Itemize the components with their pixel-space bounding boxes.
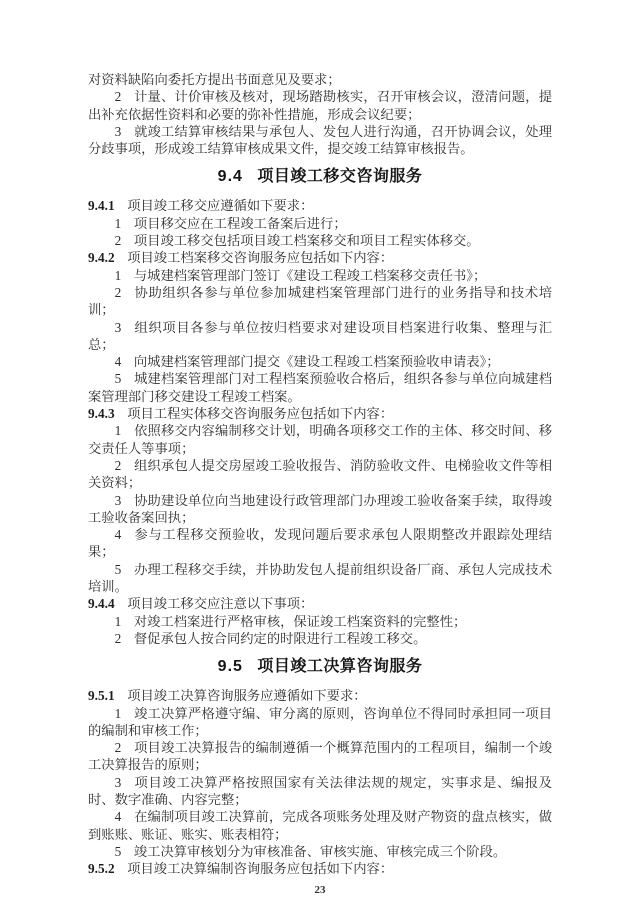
clause-paragraph: 9.5.2项目竣工决算编制咨询服务应包括如下内容： xyxy=(88,860,552,877)
list-item-paragraph: 1依照移交内容编制移交计划，明确各项移交工作的主体、移交时间、移交责任人等事项； xyxy=(88,422,552,457)
paragraph-text: 项目竣工决算咨询服务 xyxy=(257,658,422,675)
item-number: 4 xyxy=(115,527,122,542)
paragraph-text: 督促承包人按合同约定的时限进行工程竣工移交。 xyxy=(134,631,427,646)
paragraph-text: 项目竣工档案移交咨询服务应包括如下内容： xyxy=(127,250,393,265)
clause-paragraph: 9.4.2项目竣工档案移交咨询服务应包括如下内容： xyxy=(88,249,552,266)
list-item-paragraph: 3就竣工结算审核结果与承包人、发包人进行沟通，召开协调会议，处理分歧事项，形成竣… xyxy=(88,123,552,158)
item-number: 4 xyxy=(115,354,122,369)
paragraph-text: 项目工程实体移交咨询服务应包括如下内容： xyxy=(127,406,393,421)
list-item-paragraph: 5城建档案管理部门对工程档案预验收合格后，组织各参与单位向城建档案管理部门移交建… xyxy=(88,370,552,405)
paragraph-text: 项目竣工移交咨询服务 xyxy=(257,168,422,185)
item-number: 2 xyxy=(115,233,122,248)
item-number: 1 xyxy=(115,216,122,231)
list-item-paragraph: 4参与工程移交预验收，发现问题后要求承包人限期整改并跟踪处理结果； xyxy=(88,526,552,561)
page-number: 23 xyxy=(88,883,552,897)
paragraph-text: 竣工决算严格遵守编、审分离的原则，咨询单位不得同时承担同一项目的编制和审核工作； xyxy=(88,706,552,738)
list-item-paragraph: 1竣工决算严格遵守编、审分离的原则，咨询单位不得同时承担同一项目的编制和审核工作… xyxy=(88,705,552,740)
paragraph-text: 项目竣工决算咨询服务应遵循如下要求： xyxy=(127,688,366,703)
list-item-paragraph: 2协助组织各参与单位参加城建档案管理部门进行的业务指导和技术培训； xyxy=(88,284,552,319)
document-page: 对资料缺陷向委托方提出书面意见及要求；2计量、计价审核及核对，现场踏勘核实，召开… xyxy=(0,0,640,905)
paragraph-text: 与城建档案管理部门签订《建设工程竣工档案移交责任书》； xyxy=(134,268,486,283)
continuation-paragraph: 对资料缺陷向委托方提出书面意见及要求； xyxy=(88,71,552,88)
list-item-paragraph: 2项目竣工移交包括项目竣工档案移交和项目工程实体移交。 xyxy=(88,232,552,249)
item-number: 2 xyxy=(115,458,122,473)
clause-paragraph: 9.5.1项目竣工决算咨询服务应遵循如下要求： xyxy=(88,687,552,704)
list-item-paragraph: 1对竣工档案进行严格审核，保证竣工档案资料的完整性； xyxy=(88,613,552,630)
paragraph-text: 就竣工结算审核结果与承包人、发包人进行沟通，召开协调会议，处理分歧事项，形成竣工… xyxy=(88,124,552,156)
paragraph-text: 城建档案管理部门对工程档案预验收合格后，组织各参与单位向城建档案管理部门移交建设… xyxy=(88,371,552,403)
item-number: 2 xyxy=(115,285,122,300)
clause-number: 9.4.3 xyxy=(88,406,115,421)
item-number: 3 xyxy=(115,775,122,790)
item-number: 2 xyxy=(115,89,122,104)
section-heading: 9.4项目竣工移交咨询服务 xyxy=(88,166,552,188)
item-number: 1 xyxy=(115,614,122,629)
paragraph-text: 项目竣工移交包括项目竣工档案移交和项目工程实体移交。 xyxy=(134,233,480,248)
paragraph-text: 组织项目各参与单位按归档要求对建设项目档案进行收集、整理与汇总； xyxy=(88,320,552,352)
list-item-paragraph: 3项目竣工决算严格按照国家有关法律法规的规定，实事求是、编报及时、数字准确、内容… xyxy=(88,774,552,809)
list-item-paragraph: 4在编制项目竣工决算前，完成各项账务处理及财产物资的盘点核实，做到账账、账证、账… xyxy=(88,808,552,843)
clause-paragraph: 9.4.3项目工程实体移交咨询服务应包括如下内容： xyxy=(88,405,552,422)
paragraph-text: 计量、计价审核及核对，现场踏勘核实，召开审核会议，澄清问题，提出补充依据性资料和… xyxy=(88,89,552,121)
list-item-paragraph: 2组织承包人提交房屋竣工验收报告、消防验收文件、电梯验收文件等相关资料； xyxy=(88,457,552,492)
clause-number: 9.4.4 xyxy=(88,596,115,611)
paragraph-text: 项目竣工移交应遵循如下要求： xyxy=(127,198,313,213)
paragraph-text: 协助组织各参与单位参加城建档案管理部门进行的业务指导和技术培训； xyxy=(88,285,552,317)
clause-number: 9.5.2 xyxy=(88,861,115,876)
item-number: 3 xyxy=(115,124,122,139)
paragraph-text: 项目竣工决算报告的编制遵循一个概算范围内的工程项目，编制一个竣工决算报告的原则； xyxy=(88,740,552,772)
paragraph-text: 竣工决算审核划分为审核准备、审核实施、审核完成三个阶段。 xyxy=(134,844,506,859)
list-item-paragraph: 3协助建设单位向当地建设行政管理部门办理竣工验收备案手续，取得竣工验收备案回执； xyxy=(88,492,552,527)
list-item-paragraph: 1项目移交应在工程竣工备案后进行； xyxy=(88,215,552,232)
list-item-paragraph: 1与城建档案管理部门签订《建设工程竣工档案移交责任书》； xyxy=(88,267,552,284)
list-item-paragraph: 5竣工决算审核划分为审核准备、审核实施、审核完成三个阶段。 xyxy=(88,843,552,860)
item-number: 2 xyxy=(115,740,122,755)
paragraph-text: 办理工程移交手续，并协助发包人提前组织设备厂商、承包人完成技术培训。 xyxy=(88,562,552,594)
item-number: 3 xyxy=(115,320,122,335)
paragraph-text: 在编制项目竣工决算前，完成各项账务处理及财产物资的盘点核实，做到账账、账证、账实… xyxy=(88,809,552,841)
clause-paragraph: 9.4.4项目竣工移交应注意以下事项： xyxy=(88,595,552,612)
clause-number: 9.4.2 xyxy=(88,250,115,265)
list-item-paragraph: 2督促承包人按合同约定的时限进行工程竣工移交。 xyxy=(88,630,552,647)
section-number: 9.5 xyxy=(218,658,243,675)
clause-number: 9.4.1 xyxy=(88,198,115,213)
paragraph-text: 项目竣工决算严格按照国家有关法律法规的规定，实事求是、编报及时、数字准确、内容完… xyxy=(88,775,552,807)
paragraph-text: 项目移交应在工程竣工备案后进行； xyxy=(134,216,347,231)
clause-paragraph: 9.4.1项目竣工移交应遵循如下要求： xyxy=(88,197,552,214)
paragraph-text: 协助建设单位向当地建设行政管理部门办理竣工验收备案手续，取得竣工验收备案回执； xyxy=(88,493,552,525)
section-number: 9.4 xyxy=(218,168,243,185)
item-number: 1 xyxy=(115,423,122,438)
paragraph-text: 组织承包人提交房屋竣工验收报告、消防验收文件、电梯验收文件等相关资料； xyxy=(88,458,552,490)
paragraph-text: 项目竣工移交应注意以下事项： xyxy=(127,596,313,611)
paragraph-text: 向城建档案管理部门提交《建设工程竣工档案预验收申请表》； xyxy=(134,354,500,369)
paragraph-text: 对资料缺陷向委托方提出书面意见及要求； xyxy=(88,72,341,87)
document-body: 对资料缺陷向委托方提出书面意见及要求；2计量、计价审核及核对，现场踏勘核实，召开… xyxy=(88,71,552,877)
list-item-paragraph: 2项目竣工决算报告的编制遵循一个概算范围内的工程项目，编制一个竣工决算报告的原则… xyxy=(88,739,552,774)
list-item-paragraph: 5办理工程移交手续，并协助发包人提前组织设备厂商、承包人完成技术培训。 xyxy=(88,561,552,596)
paragraph-text: 参与工程移交预验收，发现问题后要求承包人限期整改并跟踪处理结果； xyxy=(88,527,552,559)
paragraph-text: 项目竣工决算编制咨询服务应包括如下内容： xyxy=(127,861,393,876)
item-number: 2 xyxy=(115,631,122,646)
paragraph-text: 对竣工档案进行严格审核，保证竣工档案资料的完整性； xyxy=(134,614,466,629)
item-number: 5 xyxy=(115,371,122,386)
item-number: 3 xyxy=(115,493,122,508)
item-number: 5 xyxy=(115,562,122,577)
item-number: 1 xyxy=(115,706,122,721)
list-item-paragraph: 2计量、计价审核及核对，现场踏勘核实，召开审核会议，澄清问题，提出补充依据性资料… xyxy=(88,88,552,123)
list-item-paragraph: 3组织项目各参与单位按归档要求对建设项目档案进行收集、整理与汇总； xyxy=(88,319,552,354)
paragraph-text: 依照移交内容编制移交计划，明确各项移交工作的主体、移交时间、移交责任人等事项； xyxy=(88,423,552,455)
list-item-paragraph: 4向城建档案管理部门提交《建设工程竣工档案预验收申请表》； xyxy=(88,353,552,370)
item-number: 5 xyxy=(115,844,122,859)
section-heading: 9.5项目竣工决算咨询服务 xyxy=(88,656,552,678)
clause-number: 9.5.1 xyxy=(88,688,115,703)
item-number: 4 xyxy=(115,809,122,824)
item-number: 1 xyxy=(115,268,122,283)
